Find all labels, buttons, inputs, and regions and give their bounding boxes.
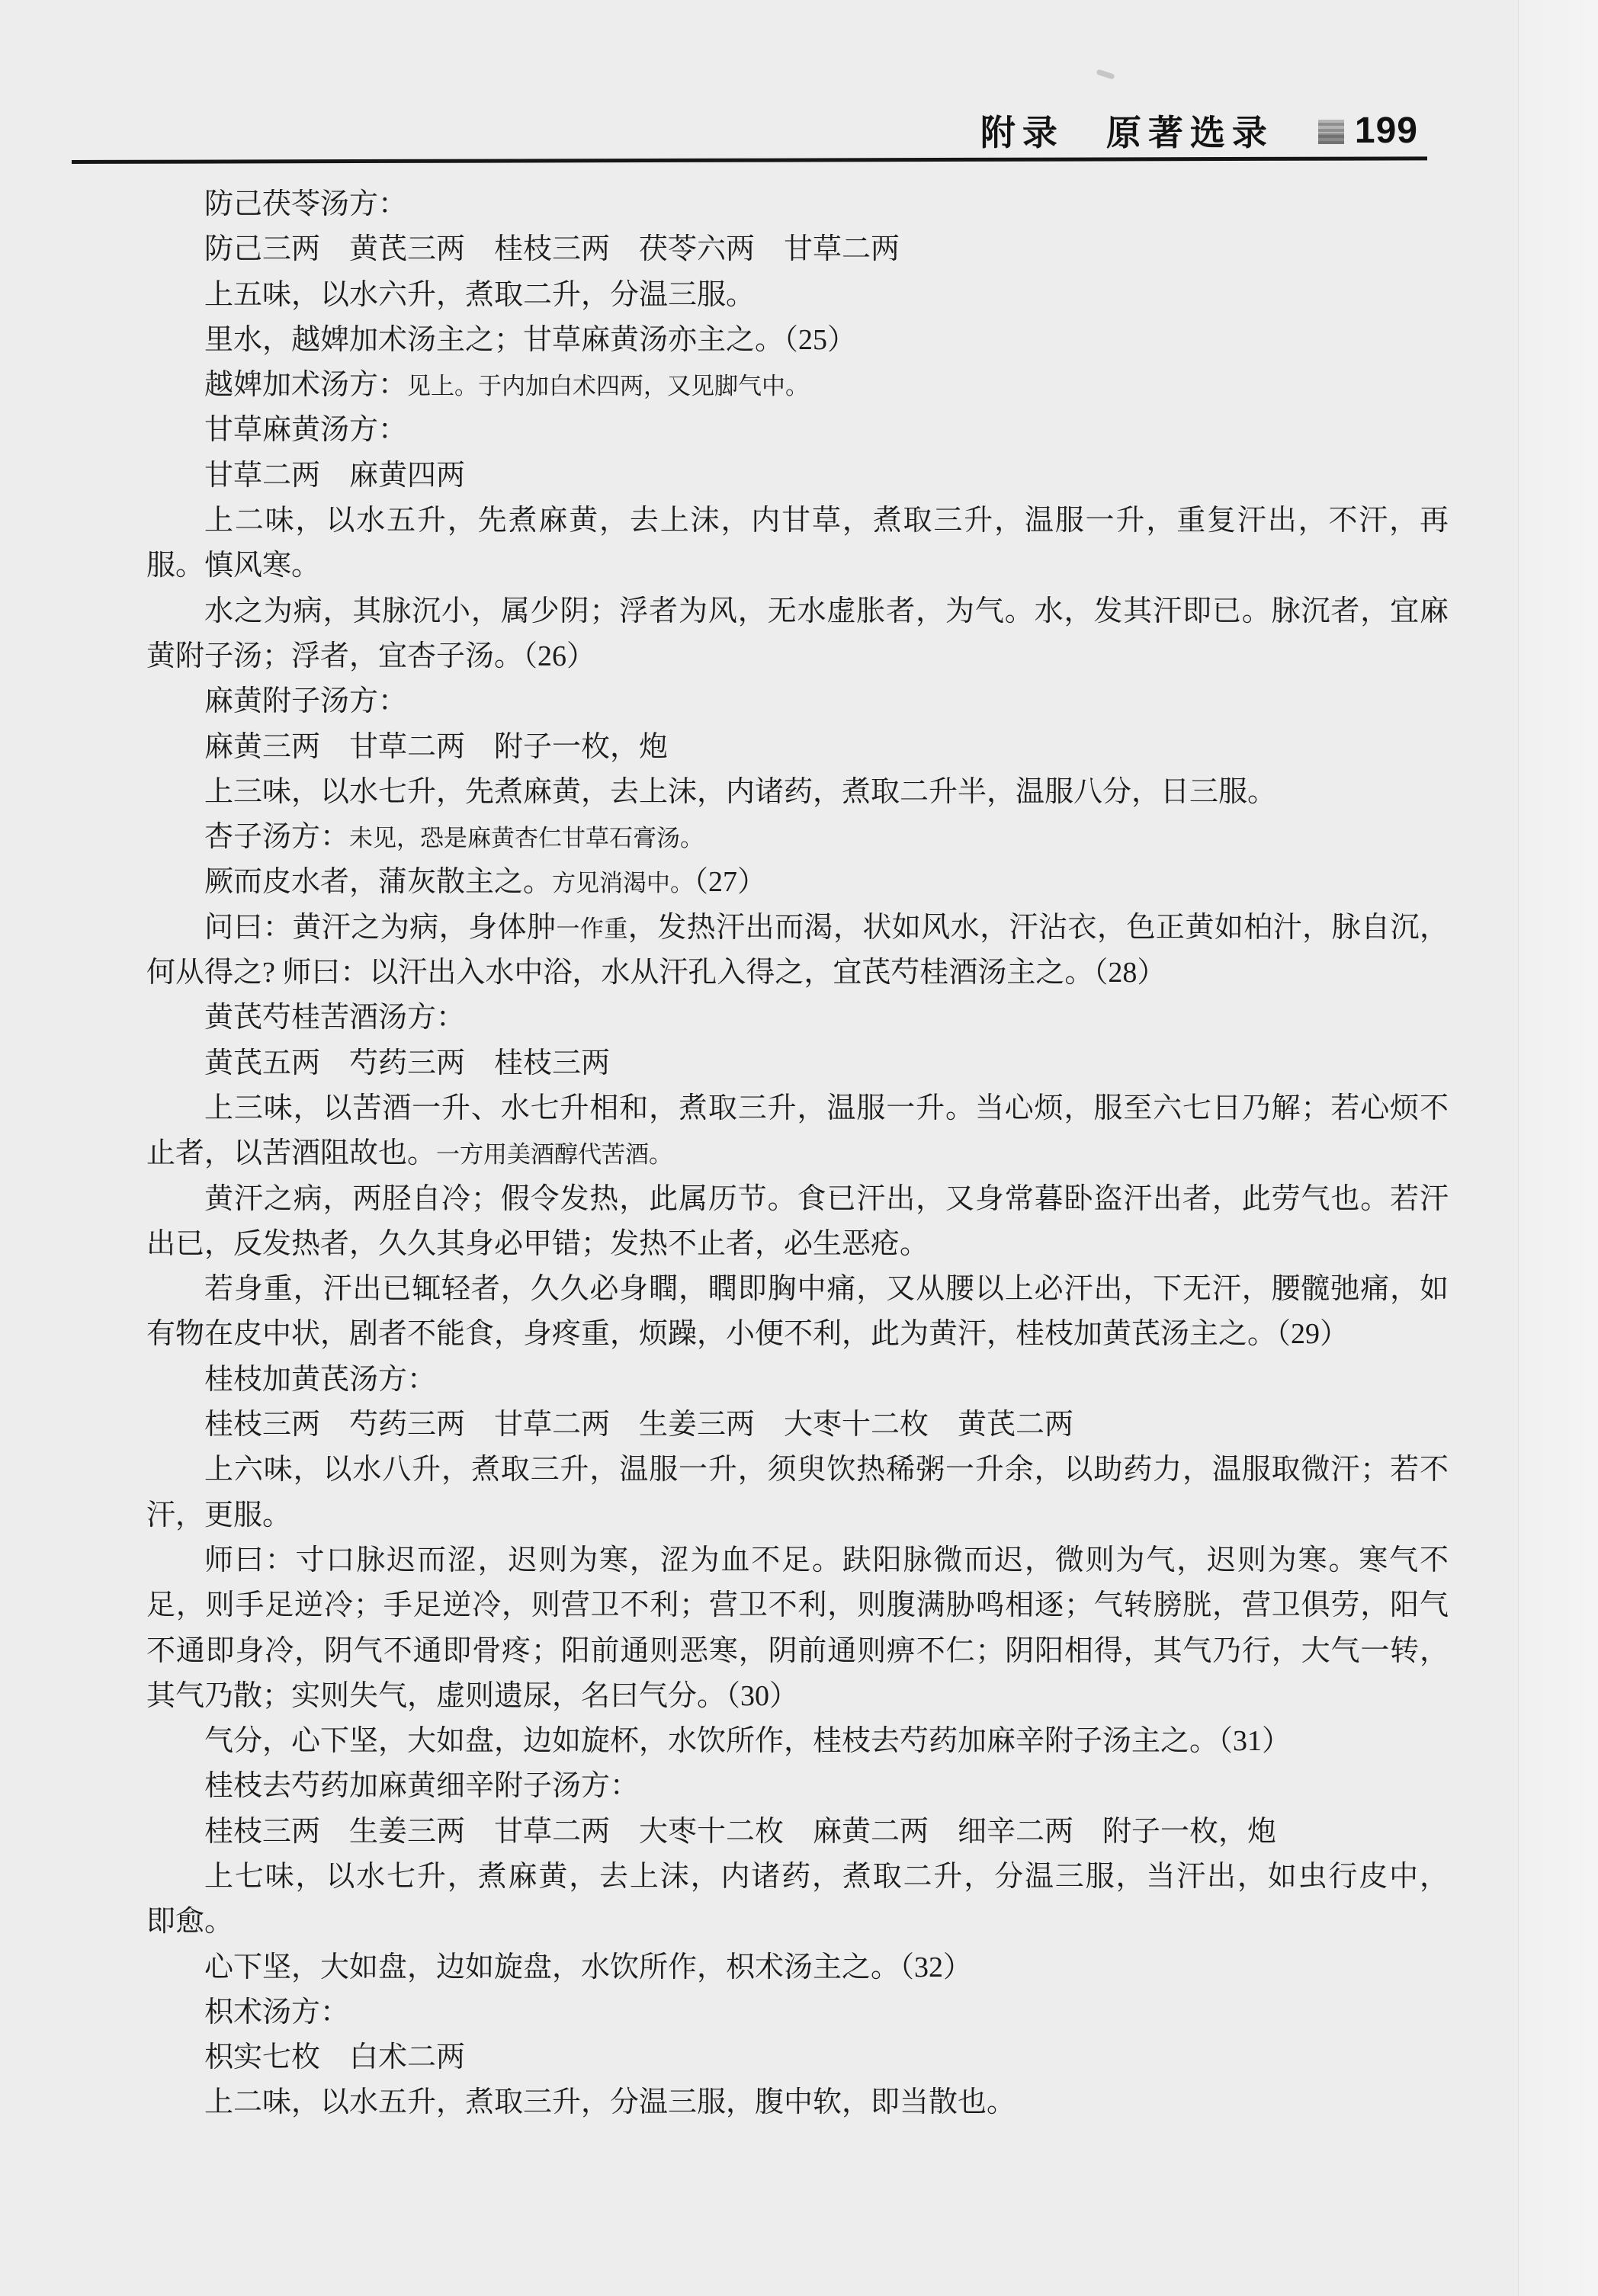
text-run: 越婢加术汤方： bbox=[204, 369, 407, 401]
text-run: 汗，更服。 bbox=[146, 1499, 291, 1531]
text-run: 里水，越婢加术汤主之；甘草麻黄汤亦主之。（25） bbox=[204, 324, 856, 356]
text-line: 心下坚，大如盘，边如旋盘，水饮所作，枳术汤主之。（32） bbox=[146, 1945, 1449, 1990]
page-header: 附录 原著选录 199 bbox=[73, 108, 1418, 152]
text-line: 上七味，以水七升，煮麻黄，去上沫，内诸药，煮取二升，分温三服，当汗出，如虫行皮中… bbox=[146, 1855, 1449, 1900]
text-line: 桂枝三两 生姜三两 甘草二两 大枣十二枚 麻黄二两 细辛二两 附子一枚，炮 bbox=[146, 1810, 1449, 1855]
text-run: 上二味，以水五升，先煮麻黄，去上沫，内甘草，煮取三升，温服一升，重复汗出，不汗，… bbox=[204, 505, 1449, 537]
text-line: 杏子汤方：未见，恐是麻黄杏仁甘草石膏汤。 bbox=[146, 815, 1449, 860]
text-run: 桂枝三两 芍药三两 甘草二两 生姜三两 大枣十二枚 黄芪二两 bbox=[204, 1409, 1073, 1441]
annotation-run: 方见消渴中。 bbox=[552, 870, 694, 896]
text-run: 若身重，汗出已辄轻者，久久必身瞤，瞤即胸中痛，又从腰以上必汗出，下无汗，腰髋弛痛… bbox=[204, 1273, 1449, 1305]
text-run: 止者，以苦酒阻故也。 bbox=[146, 1137, 436, 1169]
text-run: 上六味，以水八升，煮取三升，温服一升，须臾饮热稀粥一升余，以助药力，温服取微汗；… bbox=[204, 1454, 1449, 1486]
annotation-run: 见上。于内加白术四两，又见脚气中。 bbox=[407, 373, 809, 399]
text-run: 上三味，以水七升，先煮麻黄，去上沫，内诸药，煮取二升半，温服八分，日三服。 bbox=[204, 776, 1276, 808]
text-line: 麻黄附子汤方： bbox=[146, 679, 1449, 724]
text-line: 即愈。 bbox=[146, 1900, 1449, 1945]
text-line: 问曰：黄汗之为病，身体肿一作重，发热汗出而渴，状如风水，汗沾衣，色正黄如柏汁，脉… bbox=[146, 906, 1449, 951]
text-run: 甘草二两 麻黄四两 bbox=[204, 460, 465, 492]
text-run: 厥而皮水者，蒲灰散主之。 bbox=[204, 866, 552, 898]
text-line: 上二味，以水五升，煮取三升，分温三服，腹中软，即当散也。 bbox=[146, 2080, 1449, 2125]
text-run: 师曰：寸口脉迟而涩，迟则为寒，涩为血不足。趺阳脉微而迟，微则为气，迟则为寒。寒气… bbox=[204, 1544, 1449, 1576]
book-page: 附录 原著选录 199 防己茯苓汤方：防己三两 黄芪三两 桂枝三两 茯苓六两 甘… bbox=[0, 0, 1598, 2296]
text-line: 汗，更服。 bbox=[146, 1493, 1449, 1538]
text-run: 黄附子汤；浮者，宜杏子汤。（26） bbox=[146, 640, 595, 672]
text-run: 问曰：黄汗之为病，身体肿 bbox=[204, 912, 556, 944]
text-run: 甘草麻黄汤方： bbox=[204, 414, 407, 446]
text-line: 桂枝加黄芪汤方： bbox=[146, 1358, 1449, 1403]
text-line: 上三味，以苦酒一升、水七升相和，煮取三升，温服一升。当心烦，服至六七日乃解；若心… bbox=[146, 1086, 1449, 1131]
text-line: 厥而皮水者，蒲灰散主之。方见消渴中。（27） bbox=[146, 860, 1449, 905]
text-run: 何从得之? 师曰：以汗出入水中浴，水从汗孔入得之，宜芪芍桂酒汤主之。（28） bbox=[146, 957, 1166, 989]
text-run: 心下坚，大如盘，边如旋盘，水饮所作，枳术汤主之。（32） bbox=[204, 1951, 972, 1983]
body-text: 防己茯苓汤方：防己三两 黄芪三两 桂枝三两 茯苓六两 甘草二两上五味，以水六升，… bbox=[146, 182, 1449, 2126]
text-run: 上二味，以水五升，煮取三升，分温三服，腹中软，即当散也。 bbox=[204, 2086, 1016, 2118]
page-number: 199 bbox=[1355, 110, 1418, 152]
text-run: 黄芪芍桂苦酒汤方： bbox=[204, 1002, 465, 1034]
text-line: 若身重，汗出已辄轻者，久久必身瞤，瞤即胸中痛，又从腰以上必汗出，下无汗，腰髋弛痛… bbox=[146, 1267, 1449, 1312]
text-run: 防己茯苓汤方： bbox=[204, 188, 407, 220]
text-line: 桂枝去芍药加麻黄细辛附子汤方： bbox=[146, 1764, 1449, 1809]
annotation-run: 一作重 bbox=[556, 916, 627, 942]
running-head-title: 附录 原著选录 bbox=[980, 105, 1274, 156]
text-line: 防己三两 黄芪三两 桂枝三两 茯苓六两 甘草二两 bbox=[146, 227, 1449, 272]
text-run: 上五味，以水六升，煮取二升，分温三服。 bbox=[204, 279, 755, 311]
text-line: 其气乃散；实则失气，虚则遗尿，名曰气分。（30） bbox=[146, 1674, 1449, 1719]
text-run: 桂枝去芍药加麻黄细辛附子汤方： bbox=[204, 1770, 639, 1802]
text-run: 杏子汤方： bbox=[204, 821, 349, 853]
text-line: 黄芪芍桂苦酒汤方： bbox=[146, 996, 1449, 1041]
text-run: 防己三两 黄芪三两 桂枝三两 茯苓六两 甘草二两 bbox=[204, 233, 900, 265]
text-line: 枳术汤方： bbox=[146, 1990, 1449, 2035]
text-line: 上五味，以水六升，煮取二升，分温三服。 bbox=[146, 273, 1449, 318]
text-line: 甘草二两 麻黄四两 bbox=[146, 454, 1449, 499]
text-run: （27） bbox=[694, 866, 766, 898]
text-line: 服。慎风寒。 bbox=[146, 544, 1449, 588]
text-run: 黄汗之病，两胫自冷；假令发热，此属历节。食已汗出，又身常暮卧盗汗出者，此劳气也。… bbox=[204, 1183, 1449, 1215]
text-line: 上六味，以水八升，煮取三升，温服一升，须臾饮热稀粥一升余，以助药力，温服取微汗；… bbox=[146, 1448, 1449, 1493]
text-line: 不通即身冷，阴气不通即骨疼；阳前通则恶寒，阴前通则痹不仁；阴阳相得，其气乃行，大… bbox=[146, 1629, 1449, 1674]
text-run: 足，则手足逆冷；手足逆冷，则营卫不利；营卫不利，则腹满胁鸣相逐；气转膀胱，营卫俱… bbox=[146, 1589, 1449, 1621]
text-run: 麻黄附子汤方： bbox=[204, 685, 407, 717]
annotation-run: 未见，恐是麻黄杏仁甘草石膏汤。 bbox=[349, 825, 704, 851]
text-line: 师曰：寸口脉迟而涩，迟则为寒，涩为血不足。趺阳脉微而迟，微则为气，迟则为寒。寒气… bbox=[146, 1538, 1449, 1583]
text-run: 服。慎风寒。 bbox=[146, 550, 320, 582]
text-run: 桂枝加黄芪汤方： bbox=[204, 1364, 436, 1396]
text-run: 上三味，以苦酒一升、水七升相和，煮取三升，温服一升。当心烦，服至六七日乃解；若心… bbox=[204, 1092, 1449, 1124]
text-line: 桂枝三两 芍药三两 甘草二两 生姜三两 大枣十二枚 黄芪二两 bbox=[146, 1403, 1449, 1448]
page-edge bbox=[1518, 0, 1598, 2296]
text-run: 即愈。 bbox=[146, 1906, 233, 1938]
text-line: 甘草麻黄汤方： bbox=[146, 408, 1449, 453]
text-line: 麻黄三两 甘草二两 附子一枚，炮 bbox=[146, 725, 1449, 770]
text-run: 有物在皮中状，剧者不能食，身疼重，烦躁，小便不利，此为黄汗，桂枝加黄芪汤主之。（… bbox=[146, 1318, 1349, 1350]
text-run: 桂枝三两 生姜三两 甘草二两 大枣十二枚 麻黄二两 细辛二两 附子一枚，炮 bbox=[204, 1816, 1276, 1848]
text-line: 有物在皮中状，剧者不能食，身疼重，烦躁，小便不利，此为黄汗，桂枝加黄芪汤主之。（… bbox=[146, 1312, 1449, 1357]
text-line: 黄芪五两 芍药三两 桂枝三两 bbox=[146, 1041, 1449, 1086]
text-run: ，发热汗出而渴，状如风水，汗沾衣，色正黄如柏汁，脉自沉， bbox=[628, 912, 1449, 944]
text-line: 出已，反发热者，久久其身必甲错；发热不止者，必生恶疮。 bbox=[146, 1222, 1449, 1267]
text-line: 止者，以苦酒阻故也。一方用美酒醇代苦酒。 bbox=[146, 1131, 1449, 1176]
text-run: 枳术汤方： bbox=[204, 1996, 349, 2028]
text-line: 气分，心下坚，大如盘，边如旋杯，水饮所作，桂枝去芍药加麻辛附子汤主之。（31） bbox=[146, 1719, 1449, 1764]
text-line: 黄附子汤；浮者，宜杏子汤。（26） bbox=[146, 634, 1449, 679]
text-run: 黄芪五两 芍药三两 桂枝三两 bbox=[204, 1047, 610, 1079]
text-run: 出已，反发热者，久久其身必甲错；发热不止者，必生恶疮。 bbox=[146, 1228, 929, 1260]
text-run: 气分，心下坚，大如盘，边如旋杯，水饮所作，桂枝去芍药加麻辛附子汤主之。（31） bbox=[204, 1725, 1291, 1757]
text-line: 防己茯苓汤方： bbox=[146, 182, 1449, 227]
text-line: 枳实七枚 白术二两 bbox=[146, 2035, 1449, 2080]
text-line: 里水，越婢加术汤主之；甘草麻黄汤亦主之。（25） bbox=[146, 318, 1449, 363]
text-line: 何从得之? 师曰：以汗出入水中浴，水从汗孔入得之，宜芪芍桂酒汤主之。（28） bbox=[146, 951, 1449, 996]
text-run: 水之为病，其脉沉小，属少阴；浮者为风，无水虚胀者，为气。水，发其汗即已。脉沉者，… bbox=[204, 595, 1449, 627]
text-line: 足，则手足逆冷；手足逆冷，则营卫不利；营卫不利，则腹满胁鸣相逐；气转膀胱，营卫俱… bbox=[146, 1583, 1449, 1628]
scan-artifact bbox=[1096, 69, 1115, 79]
text-line: 水之为病，其脉沉小，属少阴；浮者为风，无水虚胀者，为气。水，发其汗即已。脉沉者，… bbox=[146, 589, 1449, 634]
text-run: 上七味，以水七升，煮麻黄，去上沫，内诸药，煮取二升，分温三服，当汗出，如虫行皮中… bbox=[204, 1861, 1449, 1893]
text-run: 枳实七枚 白术二两 bbox=[204, 2041, 465, 2073]
text-line: 上二味，以水五升，先煮麻黄，去上沫，内甘草，煮取三升，温服一升，重复汗出，不汗，… bbox=[146, 499, 1449, 544]
text-line: 越婢加术汤方：见上。于内加白术四两，又见脚气中。 bbox=[146, 363, 1449, 408]
page-number-marker-icon bbox=[1318, 120, 1344, 144]
text-line: 上三味，以水七升，先煮麻黄，去上沫，内诸药，煮取二升半，温服八分，日三服。 bbox=[146, 770, 1449, 815]
text-run: 麻黄三两 甘草二两 附子一枚，炮 bbox=[204, 731, 668, 763]
header-rule bbox=[72, 156, 1427, 164]
text-run: 不通即身冷，阴气不通即骨疼；阳前通则恶寒，阴前通则痹不仁；阴阳相得，其气乃行，大… bbox=[146, 1635, 1449, 1667]
text-run: 其气乃散；实则失气，虚则遗尿，名曰气分。（30） bbox=[146, 1680, 798, 1712]
text-line: 黄汗之病，两胫自冷；假令发热，此属历节。食已汗出，又身常暮卧盗汗出者，此劳气也。… bbox=[146, 1177, 1449, 1222]
annotation-run: 一方用美酒醇代苦酒。 bbox=[436, 1141, 672, 1168]
